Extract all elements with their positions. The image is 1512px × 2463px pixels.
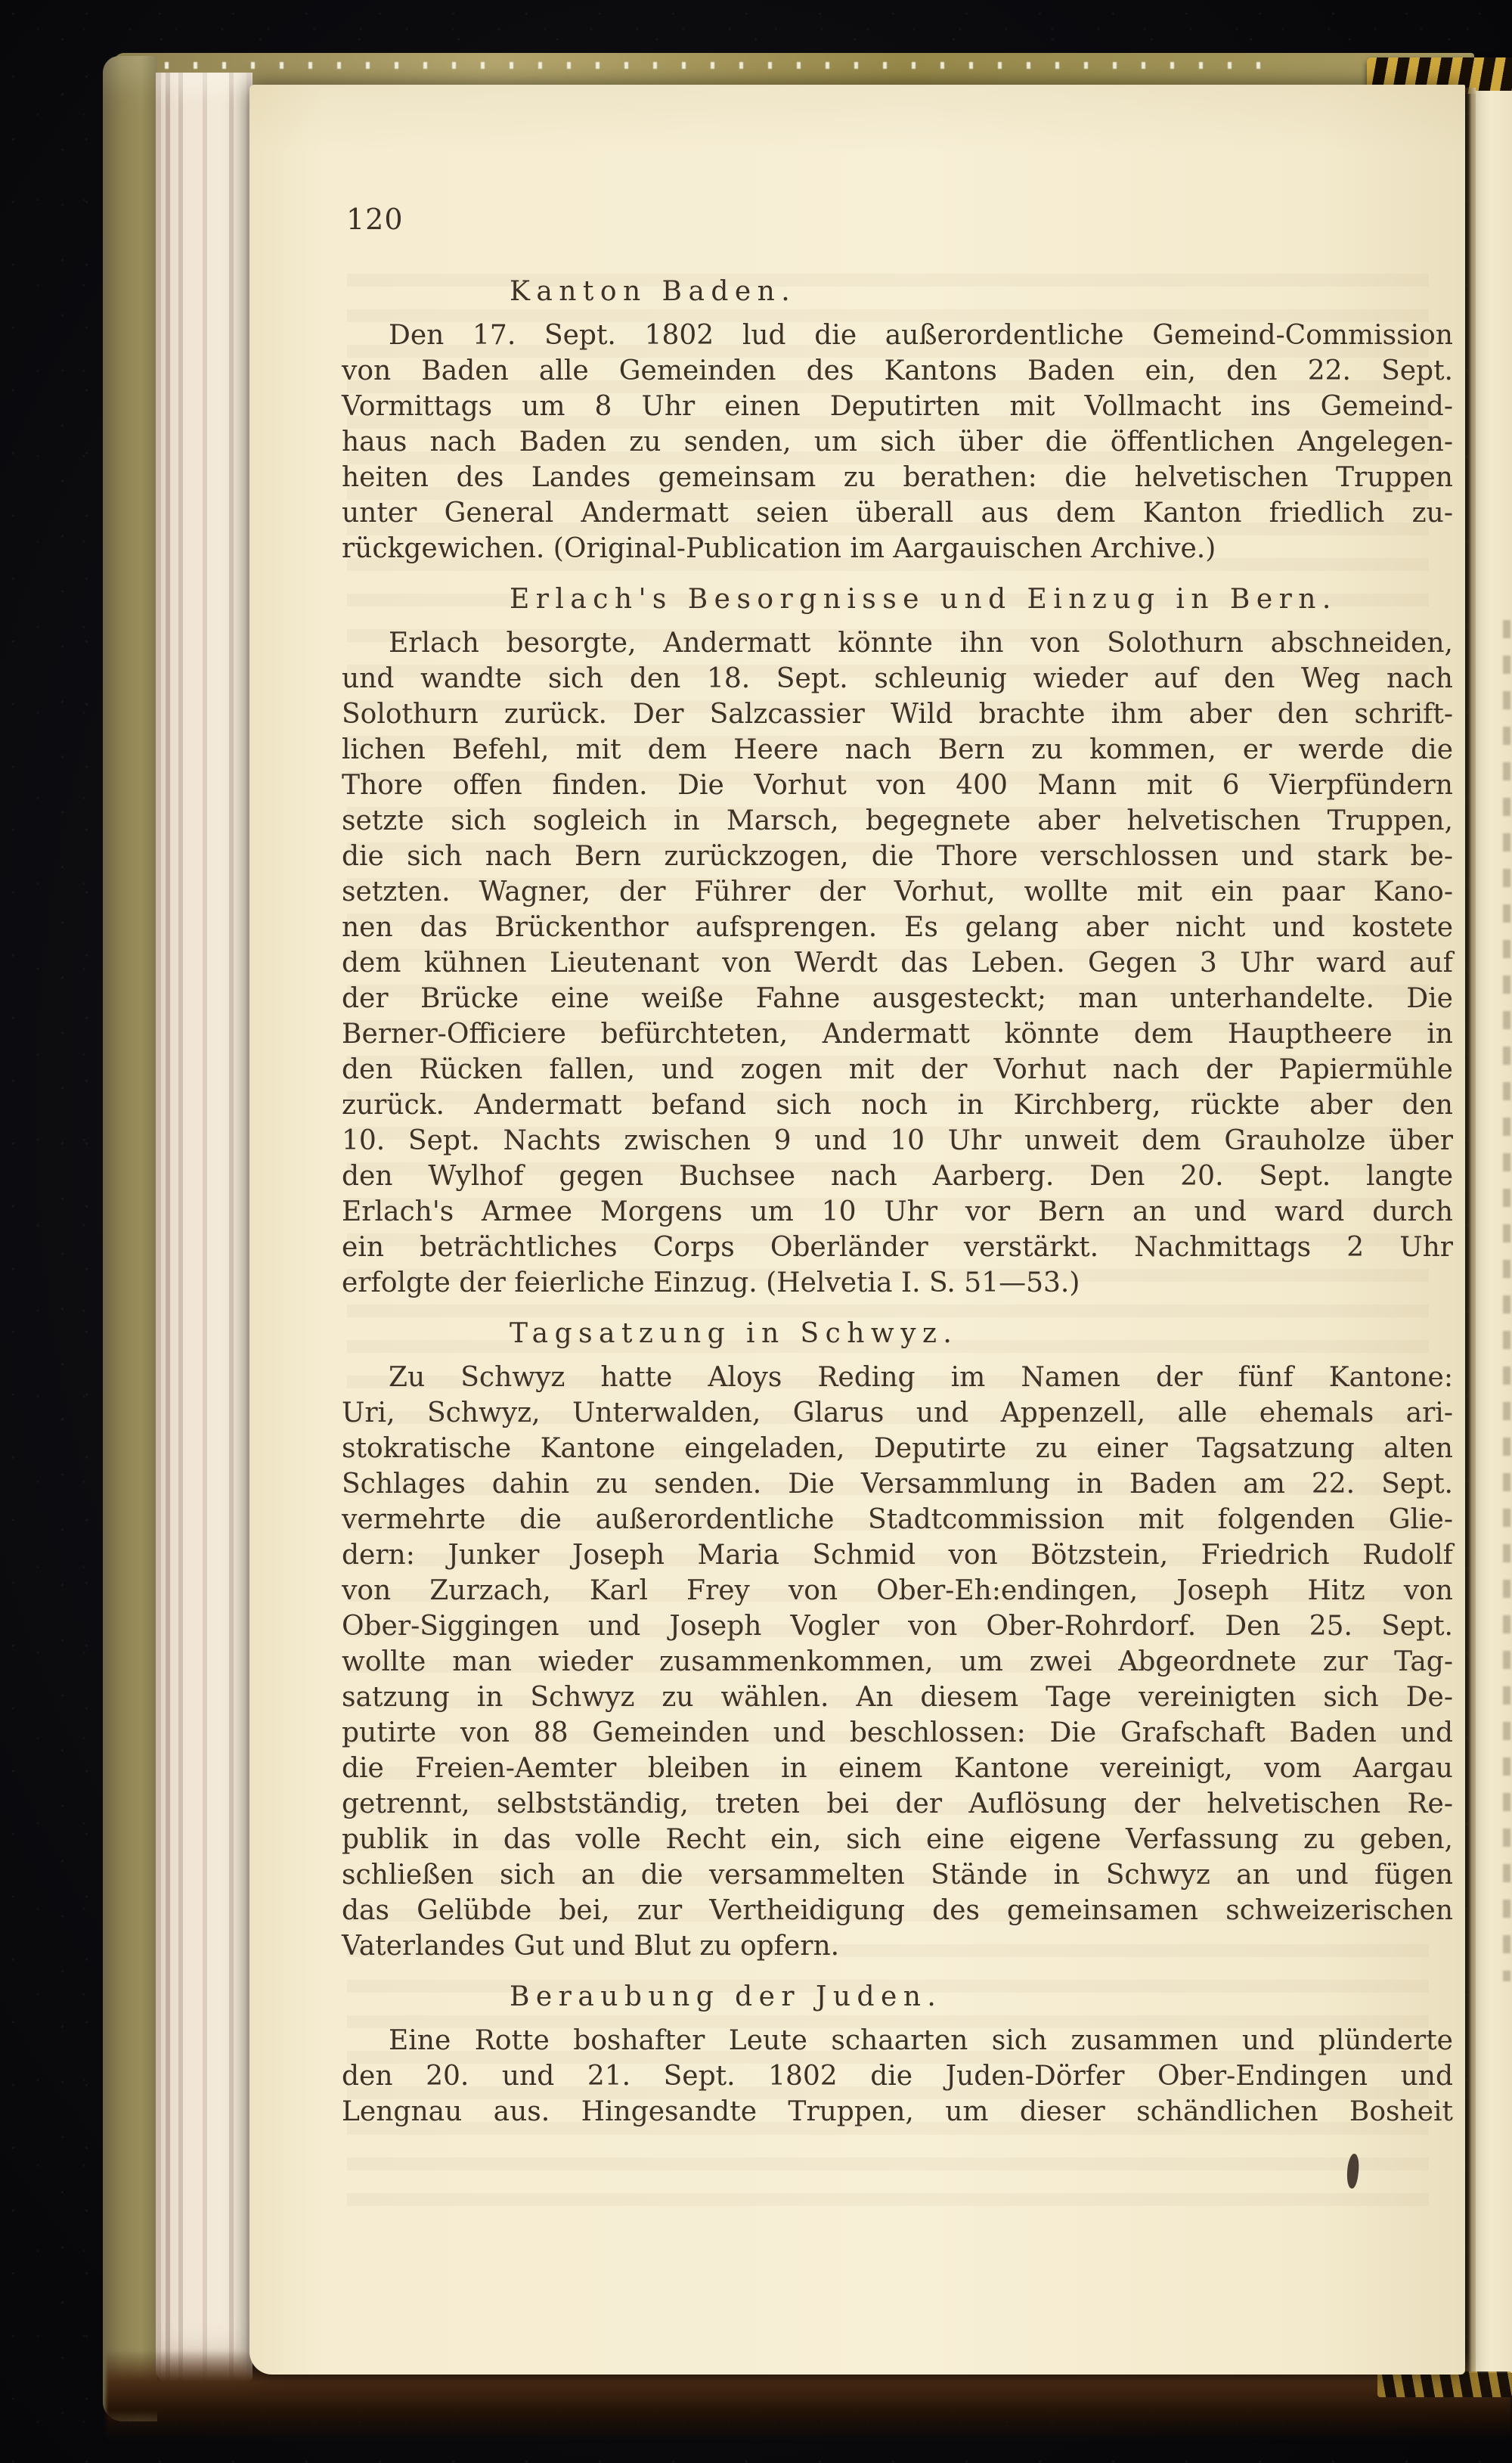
text-line: den Wylhof gegen Buchsee nach Aarberg. D…	[342, 1159, 1453, 1194]
text-line: Thore offen finden. Die Vorhut von 400 M…	[342, 768, 1453, 803]
text-line: putirte von 88 Gemeinden und beschlossen…	[342, 1715, 1453, 1751]
text-line: die sich nach Bern zurückzogen, die Thor…	[342, 839, 1453, 874]
section-heading: Erlach's Besorgnisse und Einzug in Bern.	[510, 585, 1453, 615]
text-line: dem kühnen Lieutenant von Werdt das Lebe…	[342, 945, 1453, 981]
text-line: Schlages dahin zu senden. Die Versammlun…	[342, 1466, 1453, 1502]
headband-bottom	[1377, 2371, 1512, 2397]
text-line: Solothurn zurück. Der Salzcassier Wild b…	[342, 696, 1453, 732]
text-line: vermehrte die außerordentliche Stadtcomm…	[342, 1502, 1453, 1537]
text-line: lichen Befehl, mit dem Heere nach Bern z…	[342, 732, 1453, 768]
text-line: wollte man wieder zusammenkommen, um zwe…	[342, 1644, 1453, 1680]
text-line: 10. Sept. Nachts zwischen 9 und 10 Uhr u…	[342, 1123, 1453, 1159]
text-line: unter General Andermatt seien überall au…	[342, 495, 1453, 531]
text-line: publik in das volle Recht ein, sich eine…	[342, 1822, 1453, 1857]
page-number: 120	[346, 204, 1453, 234]
text-line: ein beträchtliches Corps Oberländer vers…	[342, 1230, 1453, 1265]
text-line: nen das Brückenthor aufsprengen. Es gela…	[342, 910, 1453, 945]
book-top-edge	[113, 53, 1474, 89]
text-line: den 20. und 21. Sept. 1802 die Juden-Dör…	[342, 2058, 1453, 2094]
text-line: stokratische Kantone eingeladen, Deputir…	[342, 1431, 1453, 1466]
text-line: satzung in Schwyz zu wählen. An diesem T…	[342, 1680, 1453, 1715]
text-line: Ober-Siggingen und Joseph Vogler von Obe…	[342, 1608, 1453, 1644]
section-heading: Kanton Baden.	[510, 277, 1453, 307]
text-line: den Rücken fallen, und zogen mit der Vor…	[342, 1052, 1453, 1087]
next-page-text-fragments	[1503, 620, 1510, 1981]
text-line: schließen sich an die versammelten Ständ…	[342, 1857, 1453, 1893]
text-line: die Freien-Aemter bleiben in einem Kanto…	[342, 1751, 1453, 1786]
text-line: Zu Schwyz hatte Aloys Reding im Namen de…	[342, 1360, 1453, 1395]
text-line: getrennt, selbstständig, treten bei der …	[342, 1786, 1453, 1822]
text-line: dern: Junker Joseph Maria Schmid von Böt…	[342, 1537, 1453, 1573]
text-line: Vormittags um 8 Uhr einen Deputirten mit…	[342, 389, 1453, 424]
text-line: heiten des Landes gemeinsam zu berathen:…	[342, 460, 1453, 495]
text-line: Berner-Officiere befürchteten, Andermatt…	[342, 1016, 1453, 1052]
sections-root: Kanton Baden.Den 17. Sept. 1802 lud die …	[342, 277, 1453, 2130]
text-line: und wandte sich den 18. Sept. schleunig …	[342, 661, 1453, 696]
text-line: rückgewichen. (Original-Publication im A…	[342, 531, 1453, 566]
photo-background: 120 Kanton Baden.Den 17. Sept. 1802 lud …	[0, 0, 1512, 2463]
text-line: Uri, Schwyz, Unterwalden, Glarus und App…	[342, 1395, 1453, 1431]
page-text: 120 Kanton Baden.Den 17. Sept. 1802 lud …	[342, 198, 1453, 2130]
text-line: Eine Rotte boshafter Leute schaarten sic…	[342, 2023, 1453, 2058]
text-line: erfolgte der feierliche Einzug. (Helveti…	[342, 1265, 1453, 1301]
text-line: haus nach Baden zu senden, um sich über …	[342, 424, 1453, 460]
text-line: Vaterlandes Gut und Blut zu opfern.	[342, 1928, 1453, 1964]
text-line: setzte sich sogleich in Marsch, begegnet…	[342, 803, 1453, 839]
text-line: von Baden alle Gemeinden des Kantons Bad…	[342, 353, 1453, 389]
text-line: das Gelübde bei, zur Vertheidigung des g…	[342, 1893, 1453, 1928]
text-line: Erlach's Armee Morgens um 10 Uhr vor Ber…	[342, 1194, 1453, 1230]
text-line: von Zurzach, Karl Frey von Ober-Eh:endin…	[342, 1573, 1453, 1608]
text-line: Den 17. Sept. 1802 lud die außerordentli…	[342, 318, 1453, 353]
ink-blot	[1345, 2153, 1360, 2188]
text-line: der Brücke eine weiße Fahne ausgesteckt;…	[342, 981, 1453, 1016]
page-stack-edges	[156, 73, 253, 2384]
text-line: Lengnau aus. Hingesandte Truppen, um die…	[342, 2094, 1453, 2130]
book-page: 120 Kanton Baden.Den 17. Sept. 1802 lud …	[249, 85, 1465, 2375]
text-line: Erlach besorgte, Andermatt könnte ihn vo…	[342, 625, 1453, 661]
text-line: zurück. Andermatt befand sich noch in Ki…	[342, 1087, 1453, 1123]
section-heading: Tagsatzung in Schwyz.	[510, 1319, 1453, 1349]
section-heading: Beraubung der Juden.	[510, 1982, 1453, 2012]
text-line: setzten. Wagner, der Führer der Vorhut, …	[342, 874, 1453, 910]
book-cover-edge	[103, 56, 157, 2421]
